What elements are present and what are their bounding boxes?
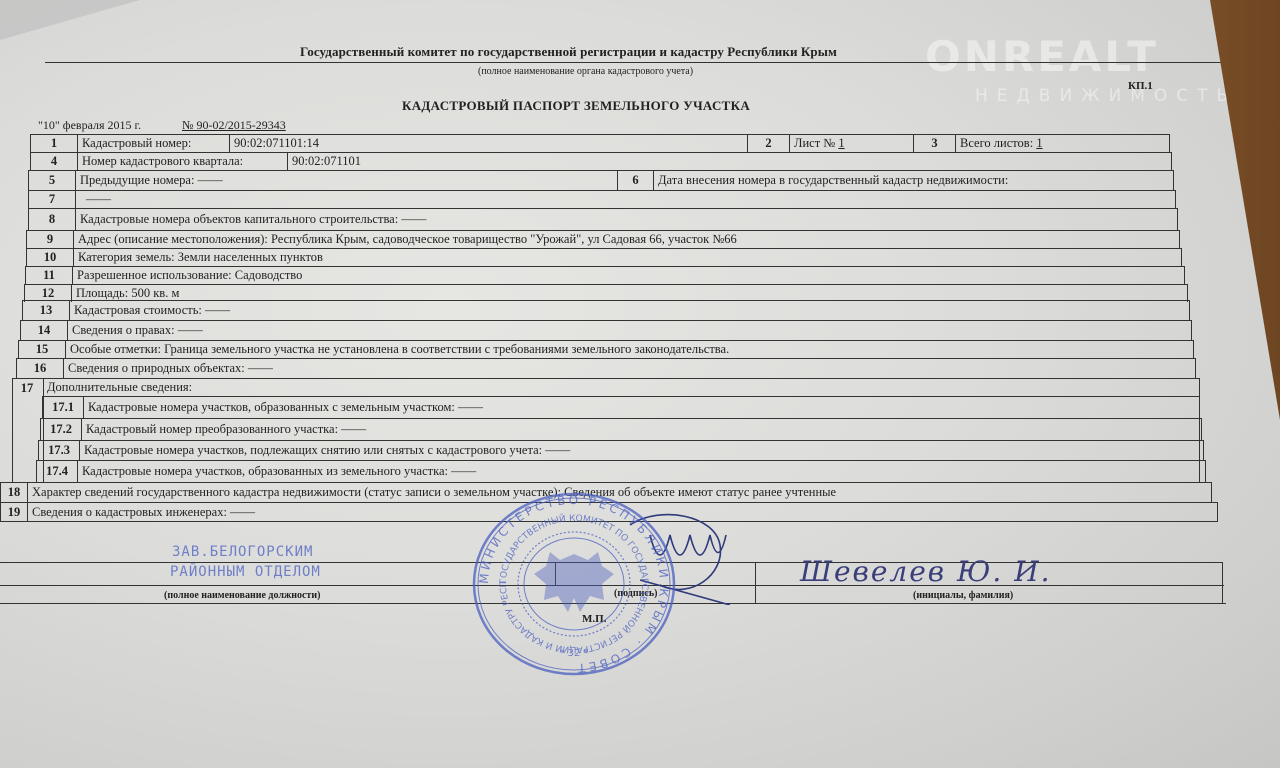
row-capital-construction: 8 Кадастровые номера объектов капитально… [28,208,1178,230]
field-number-2: 2 [748,135,790,152]
row-number: 17.2 [41,419,82,440]
total-sheets-field: Всего листов: 1 [956,135,1047,152]
field-number-3: 3 [914,135,956,152]
organization-name: Государственный комитет по государственн… [300,44,837,60]
registration-number: № 90-02/2015-29343 [182,118,286,133]
sheet-field: Лист № 1 [790,135,914,152]
row-number: 11 [26,267,73,284]
sheet-value: 1 [838,136,844,151]
position-stamp-line1: ЗАВ.БЕЛОГОРСКИМ [172,544,313,560]
row-text: Сведения о кадастровых инженерах: —— [28,505,255,520]
row-cadastral-number: 1 Кадастровый номер: 90:02:071101:14 2 Л… [30,134,1170,152]
quarter-value: 90:02:071101 [288,153,365,170]
row-text: Категория земель: Земли населенных пункт… [74,250,323,265]
row-land-category: 10 Категория земель: Земли населенных пу… [26,248,1182,266]
total-sheets-label: Всего листов: [960,136,1033,151]
row-number: 17.3 [39,441,80,460]
registration-date-label: Дата внесения номера в государственный к… [654,171,1012,190]
row-previous-numbers: 5 Предыдущие номера: —— 6 Дата внесения … [28,170,1174,190]
row-number: 5 [29,171,76,190]
row-text: Кадастровые номера участков, подлежащих … [80,443,570,458]
row-number: 19 [1,503,28,521]
previous-numbers-value: —— [198,173,223,188]
row-natural-objects: 16 Сведения о природных объектах: —— [16,358,1196,378]
row-cadastral-quarter: 4 Номер кадастрового квартала: 90:02:071… [30,152,1172,170]
row-number: 10 [27,249,74,266]
watermark-brand: ONREALT [925,32,1159,81]
row-address: 9 Адрес (описание местоположения): Респу… [26,230,1180,248]
row-number: 14 [21,321,68,340]
row-number: 9 [27,231,74,248]
row-text: Особые отметки: Граница земельного участ… [66,342,729,357]
row-17-2: 17.2 Кадастровый номер преобразованного … [40,418,1202,440]
row-text: Кадастровые номера участков, образованны… [78,464,476,479]
name-divider-right [1222,562,1223,603]
official-seal-icon: МИНИСТЕРСТВО РЕСПУБЛИКИ КРЫМ · СОВЕТ ГОС… [468,492,680,676]
row-text: Кадастровый номер преобразованного участ… [82,422,366,437]
row-text: Площадь: 500 кв. м [72,286,179,301]
row-text: Разрешенное использование: Садоводство [73,268,302,283]
row-17-3: 17.3 Кадастровые номера участков, подлеж… [38,440,1204,460]
row-text: Кадастровые номера объектов капитального… [76,212,426,227]
sheet-label: Лист № [794,136,835,151]
row-text: Характер сведений государственного кадас… [28,485,836,500]
row-number: 17.4 [37,461,78,482]
issue-date: "10" февраля 2015 г. [38,118,141,133]
watermark-tagline: НЕДВИЖИМОСТЬ [975,86,1237,106]
previous-numbers: Предыдущие номера: —— [76,171,618,190]
header-underline [45,62,1225,63]
row-text: Адрес (описание местоположения): Республ… [74,232,737,247]
row-17-1: 17.1 Кадастровые номера участков, образо… [42,396,1200,418]
row-number: 18 [1,483,28,502]
svg-text:* 32 *: * 32 * [559,648,588,659]
position-caption: (полное наименование должности) [164,590,320,601]
row-number: 17.1 [43,397,84,418]
row-text: Кадастровые номера участков, образованны… [84,400,483,415]
row-text: Кадастровая стоимость: —— [70,303,230,318]
row-number: 1 [31,135,78,152]
row-special-notes: 15 Особые отметки: Граница земельного уч… [18,340,1194,358]
previous-numbers-label: Предыдущие номера: [80,173,194,188]
row-text: Дополнительные сведения: [47,380,192,395]
row-7: 7 —— [28,190,1176,208]
row-number: 7 [29,191,76,208]
form-code: КП.1 [1128,80,1153,92]
quarter-label: Номер кадастрового квартала: [78,153,288,170]
row-text: Сведения о природных объектах: —— [64,361,273,376]
row-number: 15 [19,341,66,358]
row-number: 17 [13,381,41,396]
row-17-4: 17.4 Кадастровые номера участков, образо… [36,460,1206,482]
row-number: 13 [23,301,70,320]
row-number: 8 [29,209,76,230]
document-title: КАДАСТРОВЫЙ ПАСПОРТ ЗЕМЕЛЬНОГО УЧАСТКА [402,98,750,114]
position-stamp-line2: РАЙОННЫМ ОТДЕЛОМ [170,564,321,580]
total-sheets-value: 1 [1036,136,1042,151]
name-divider [755,562,756,603]
row-text: Сведения о правах: —— [68,323,203,338]
row-7-value: —— [76,192,111,207]
row-number: 4 [31,153,78,170]
row-cadastral-value: 13 Кадастровая стоимость: —— [22,300,1190,320]
cadastral-number-label: Кадастровый номер: [78,135,230,152]
row-permitted-use: 11 Разрешенное использование: Садоводств… [25,266,1185,284]
cadastral-number-value: 90:02:071101:14 [230,135,748,152]
document-page: ONREALT НЕДВИЖИМОСТЬ Государственный ком… [0,0,1280,768]
field-number-6: 6 [618,171,654,190]
handwritten-name: Шевелев Ю. И. [800,555,1052,588]
row-rights: 14 Сведения о правах: —— [20,320,1192,340]
organization-caption: (полное наименование органа кадастрового… [478,66,693,77]
row-number: 16 [17,359,64,378]
name-caption: (инициалы, фамилия) [913,590,1013,601]
